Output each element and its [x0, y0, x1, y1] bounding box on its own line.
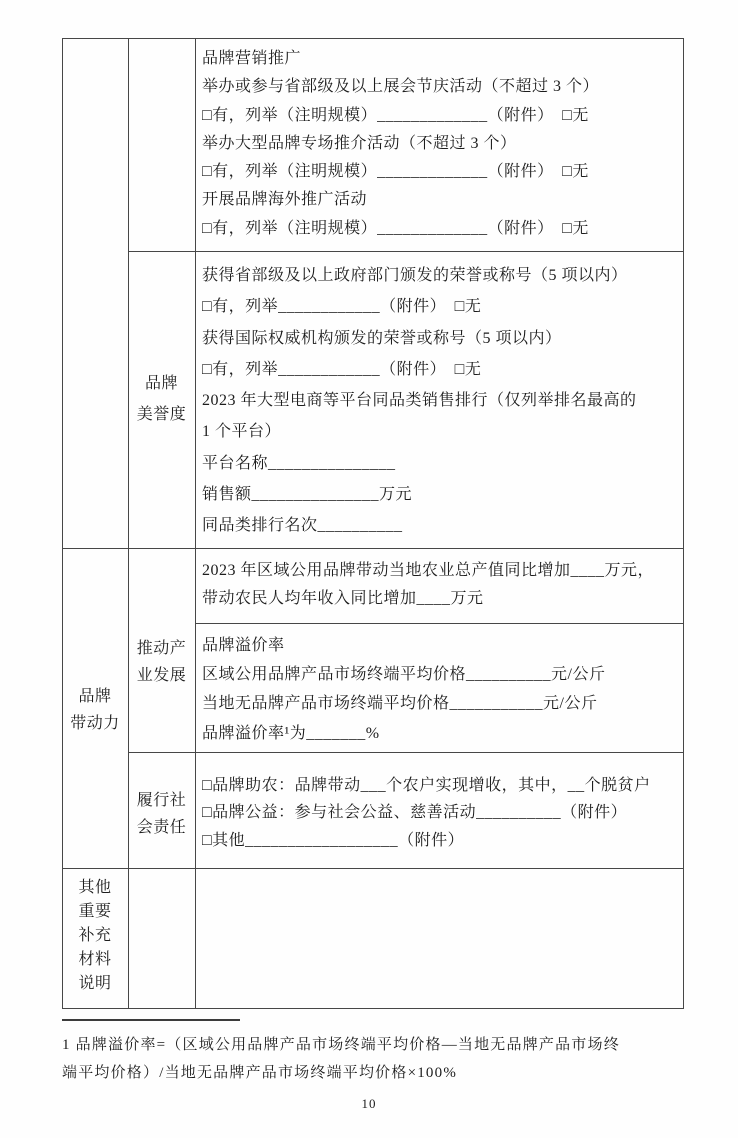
row-label-social-responsibility: 履行社 会责任	[128, 787, 195, 841]
label-line: 材料	[62, 948, 128, 972]
text-line-checkbox: □有，列举（注明规模）_____________（附件） □无	[202, 215, 599, 243]
label-line: 其他	[62, 876, 128, 900]
cell-brand-marketing: 品牌营销推广 举办或参与省部级及以上展会节庆活动（不超过 3 个） □有，列举（…	[202, 45, 599, 243]
footnote-line: 端平均价格）/当地无品牌产品市场终端平均价格×100%	[62, 1060, 668, 1088]
label-line: 说明	[62, 972, 128, 996]
row-label-brand-driving-power: 品牌 带动力	[62, 683, 128, 737]
label-line: 补充	[62, 924, 128, 948]
text-line: 举办大型品牌专场推介活动（不超过 3 个）	[202, 130, 599, 158]
text-line-blank: 2023 年区域公用品牌带动当地农业总产值同比增加____万元，	[202, 557, 654, 585]
text-line: 获得国际权威机构颁发的荣誉或称号（5 项以内）	[202, 323, 637, 354]
text-line: 2023 年大型电商等平台同品类销售排行（仅列举排名最高的	[202, 385, 637, 416]
label-line: 履行社	[128, 787, 195, 814]
table-border-row-divider-2	[62, 548, 684, 549]
table-border-vertical-col2	[195, 38, 196, 1009]
table-border-top	[62, 38, 684, 39]
text-line-checkbox: □其他__________________（附件）	[202, 827, 651, 854]
footnote-separator-line	[62, 1019, 240, 1021]
text-line: 品牌溢价率	[202, 631, 605, 660]
row-label-brand-reputation: 品牌 美誉度	[128, 368, 195, 430]
cell-social-responsibility: □品牌助农：品牌带动___个农户实现增收，其中，__个脱贫户 □品牌公益：参与社…	[202, 772, 651, 854]
table-border-row-divider-4	[62, 868, 684, 869]
label-line: 美誉度	[128, 399, 195, 430]
text-line-blank: 区域公用品牌产品市场终端平均价格__________元/公斤	[202, 660, 605, 689]
footnote-line: 1 品牌溢价率=（区域公用品牌产品市场终端平均价格—当地无品牌产品市场终	[62, 1032, 668, 1060]
document-page: 品牌营销推广 举办或参与省部级及以上展会节庆活动（不超过 3 个） □有，列举（…	[0, 0, 738, 1138]
text-line-checkbox: □品牌助农：品牌带动___个农户实现增收，其中，__个脱贫户	[202, 772, 651, 799]
text-line-checkbox: □品牌公益：参与社会公益、慈善活动__________（附件）	[202, 799, 651, 826]
text-line-checkbox: □有，列举____________（附件） □无	[202, 291, 637, 322]
text-line: 品牌营销推广	[202, 45, 599, 73]
table-border-vertical-col1	[128, 38, 129, 1009]
text-line-blank: 带动农民人均年收入同比增加____万元	[202, 585, 654, 613]
table-border-vertical-right	[683, 38, 684, 1009]
text-line-blank: 销售额_______________万元	[202, 479, 637, 510]
page-number: 10	[0, 1096, 738, 1112]
label-line: 重要	[62, 900, 128, 924]
text-line-checkbox: □有，列举（注明规模）_____________（附件） □无	[202, 102, 599, 130]
cell-industry-growth: 2023 年区域公用品牌带动当地农业总产值同比增加____万元， 带动农民人均年…	[202, 557, 654, 612]
row-label-industry-development: 推动产 业发展	[128, 635, 195, 689]
table-border-row-divider-1	[128, 251, 684, 252]
table-border-vertical-left	[62, 38, 63, 1009]
text-line: 1 个平台）	[202, 416, 637, 447]
table-border-row-divider-3	[128, 752, 684, 753]
text-line-checkbox: □有，列举____________（附件） □无	[202, 354, 637, 385]
label-line: 业发展	[128, 662, 195, 689]
label-line: 品牌	[128, 368, 195, 399]
row-label-other-supplementary-materials: 其他 重要 补充 材料 说明	[62, 876, 128, 996]
text-line: 开展品牌海外推广活动	[202, 186, 599, 214]
text-line-blank: 平台名称_______________	[202, 448, 637, 479]
cell-brand-reputation: 获得省部级及以上政府部门颁发的荣誉或称号（5 项以内） □有，列举_______…	[202, 260, 637, 542]
text-line-blank: 同品类排行名次__________	[202, 510, 637, 541]
text-line: 获得省部级及以上政府部门颁发的荣誉或称号（5 项以内）	[202, 260, 637, 291]
label-line: 品牌	[62, 683, 128, 710]
table-border-cell-divider	[195, 623, 684, 624]
label-line: 推动产	[128, 635, 195, 662]
text-line-blank: 品牌溢价率¹为_______%	[202, 719, 605, 748]
text-line-checkbox: □有，列举（注明规模）_____________（附件） □无	[202, 158, 599, 186]
footnote: 1 品牌溢价率=（区域公用品牌产品市场终端平均价格—当地无品牌产品市场终 端平均…	[62, 1032, 668, 1087]
label-line: 带动力	[62, 710, 128, 737]
label-line: 会责任	[128, 814, 195, 841]
text-line: 举办或参与省部级及以上展会节庆活动（不超过 3 个）	[202, 73, 599, 101]
text-line-blank: 当地无品牌产品市场终端平均价格___________元/公斤	[202, 689, 605, 718]
cell-brand-premium-rate: 品牌溢价率 区域公用品牌产品市场终端平均价格__________元/公斤 当地无…	[202, 631, 605, 748]
table-border-bottom	[62, 1008, 684, 1009]
